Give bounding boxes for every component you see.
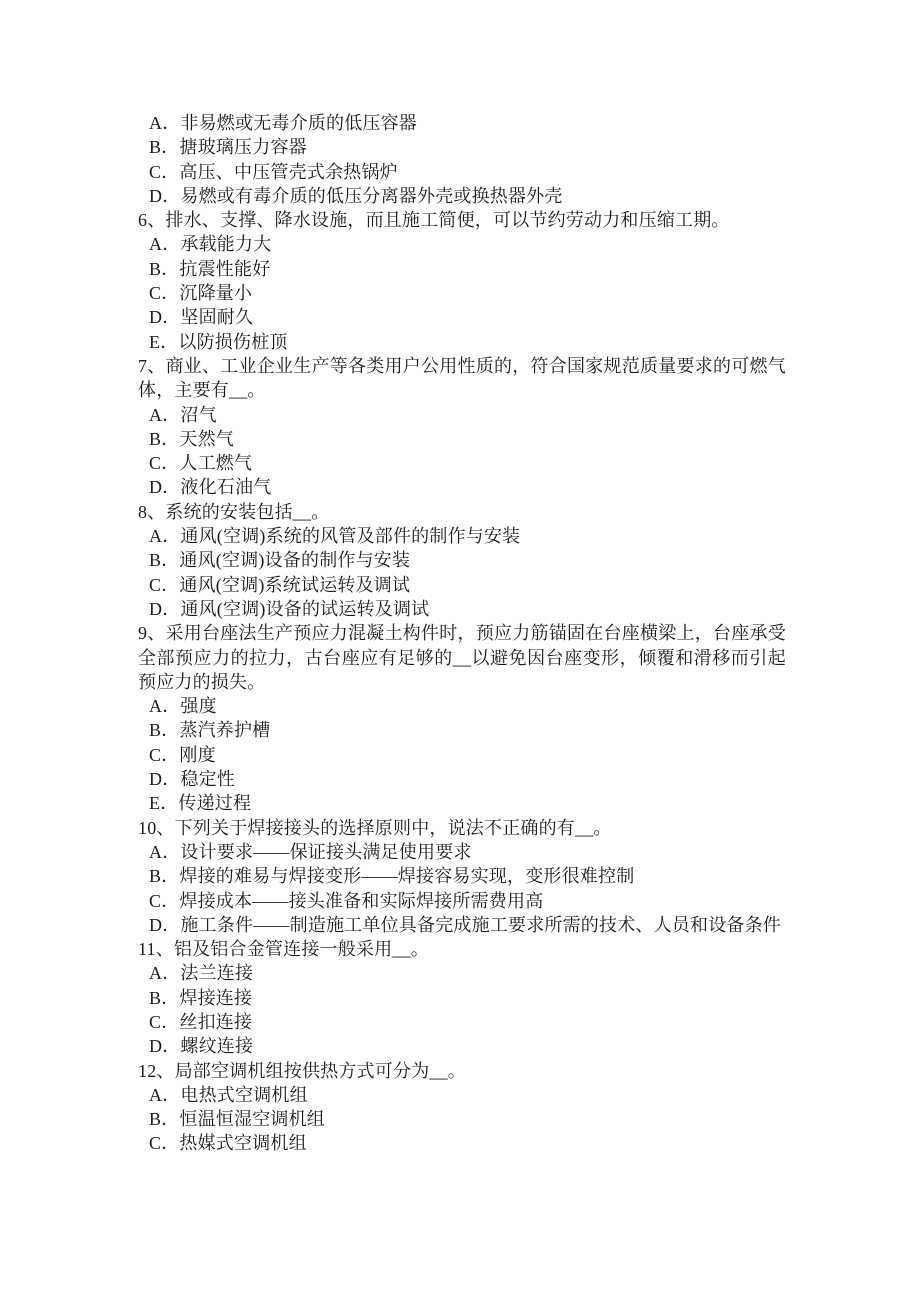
question-7-stem: 7、商业、工业企业生产等各类用户公用性质的，符合国家规范质量要求的可燃气体，主要… [138,354,786,403]
question-6-option-A: A．承载能力大 [138,232,786,256]
question-8-option-C: C．通风(空调)系统试运转及调试 [138,573,786,597]
question-6-option-D: D．坚固耐久 [138,305,786,329]
question-12-option-B: B．恒温恒湿空调机组 [138,1107,786,1131]
question-11-option-B: B．焊接连接 [138,986,786,1010]
question-10-option-C: C．焊接成本——接头准备和实际焊接所需费用高 [138,889,786,913]
question-11-option-D: D．螺纹连接 [138,1034,786,1058]
question-9-option-D: D．稳定性 [138,767,786,791]
question-8-option-B: B．通风(空调)设备的制作与安装 [138,548,786,572]
question-10-option-B: B．焊接的难易与焊接变形——焊接容易实现，变形很难控制 [138,864,786,888]
question-9-option-E: E．传递过程 [138,791,786,815]
question-8-stem: 8、系统的安装包括__。 [138,500,786,524]
question-8-option-D: D．通风(空调)设备的试运转及调试 [138,597,786,621]
question-12-stem: 12、局部空调机组按供热方式可分为__。 [138,1059,786,1083]
question-6-option-C: C．沉降量小 [138,281,786,305]
question-8-option-A: A．通风(空调)系统的风管及部件的制作与安装 [138,524,786,548]
question-partial-option-B: B．搪玻璃压力容器 [138,135,786,159]
question-9-option-C: C．刚度 [138,743,786,767]
question-partial-option-C: C．高压、中压管壳式余热锅炉 [138,160,786,184]
question-10-option-D: D．施工条件——制造施工单位具备完成施工要求所需的技术、人员和设备条件 [138,913,786,937]
question-7-option-C: C．人工燃气 [138,451,786,475]
question-6-option-B: B．抗震性能好 [138,257,786,281]
question-11-option-C: C．丝扣连接 [138,1010,786,1034]
question-partial-option-D: D．易燃或有毒介质的低压分离器外壳或换热器外壳 [138,184,786,208]
exam-question-list: A．非易燃或无毒介质的低压容器B．搪玻璃压力容器C．高压、中压管壳式余热锅炉D．… [138,111,786,1156]
question-11-option-A: A．法兰连接 [138,961,786,985]
question-9-option-A: A．强度 [138,694,786,718]
question-7-option-D: D．液化石油气 [138,475,786,499]
question-partial-option-A: A．非易燃或无毒介质的低压容器 [138,111,786,135]
question-12-option-A: A．电热式空调机组 [138,1083,786,1107]
question-10-option-A: A．设计要求——保证接头满足使用要求 [138,840,786,864]
question-9-option-B: B．蒸汽养护槽 [138,718,786,742]
question-11-stem: 11、铝及铝合金管连接一般采用__。 [138,937,786,961]
question-10-stem: 10、下列关于焊接接头的选择原则中，说法不正确的有__。 [138,816,786,840]
question-9-stem: 9、采用台座法生产预应力混凝土构件时，预应力筋锚固在台座横梁上，台座承受全部预应… [138,621,786,694]
question-12-option-C: C．热媒式空调机组 [138,1131,786,1155]
question-7-option-A: A．沼气 [138,403,786,427]
question-7-option-B: B．天然气 [138,427,786,451]
question-6-option-E: E．以防损伤桩顶 [138,330,786,354]
document-page: A．非易燃或无毒介质的低压容器B．搪玻璃压力容器C．高压、中压管壳式余热锅炉D．… [0,0,920,1302]
question-6-stem: 6、排水、支撑、降水设施，而且施工简便，可以节约劳动力和压缩工期。 [138,208,786,232]
